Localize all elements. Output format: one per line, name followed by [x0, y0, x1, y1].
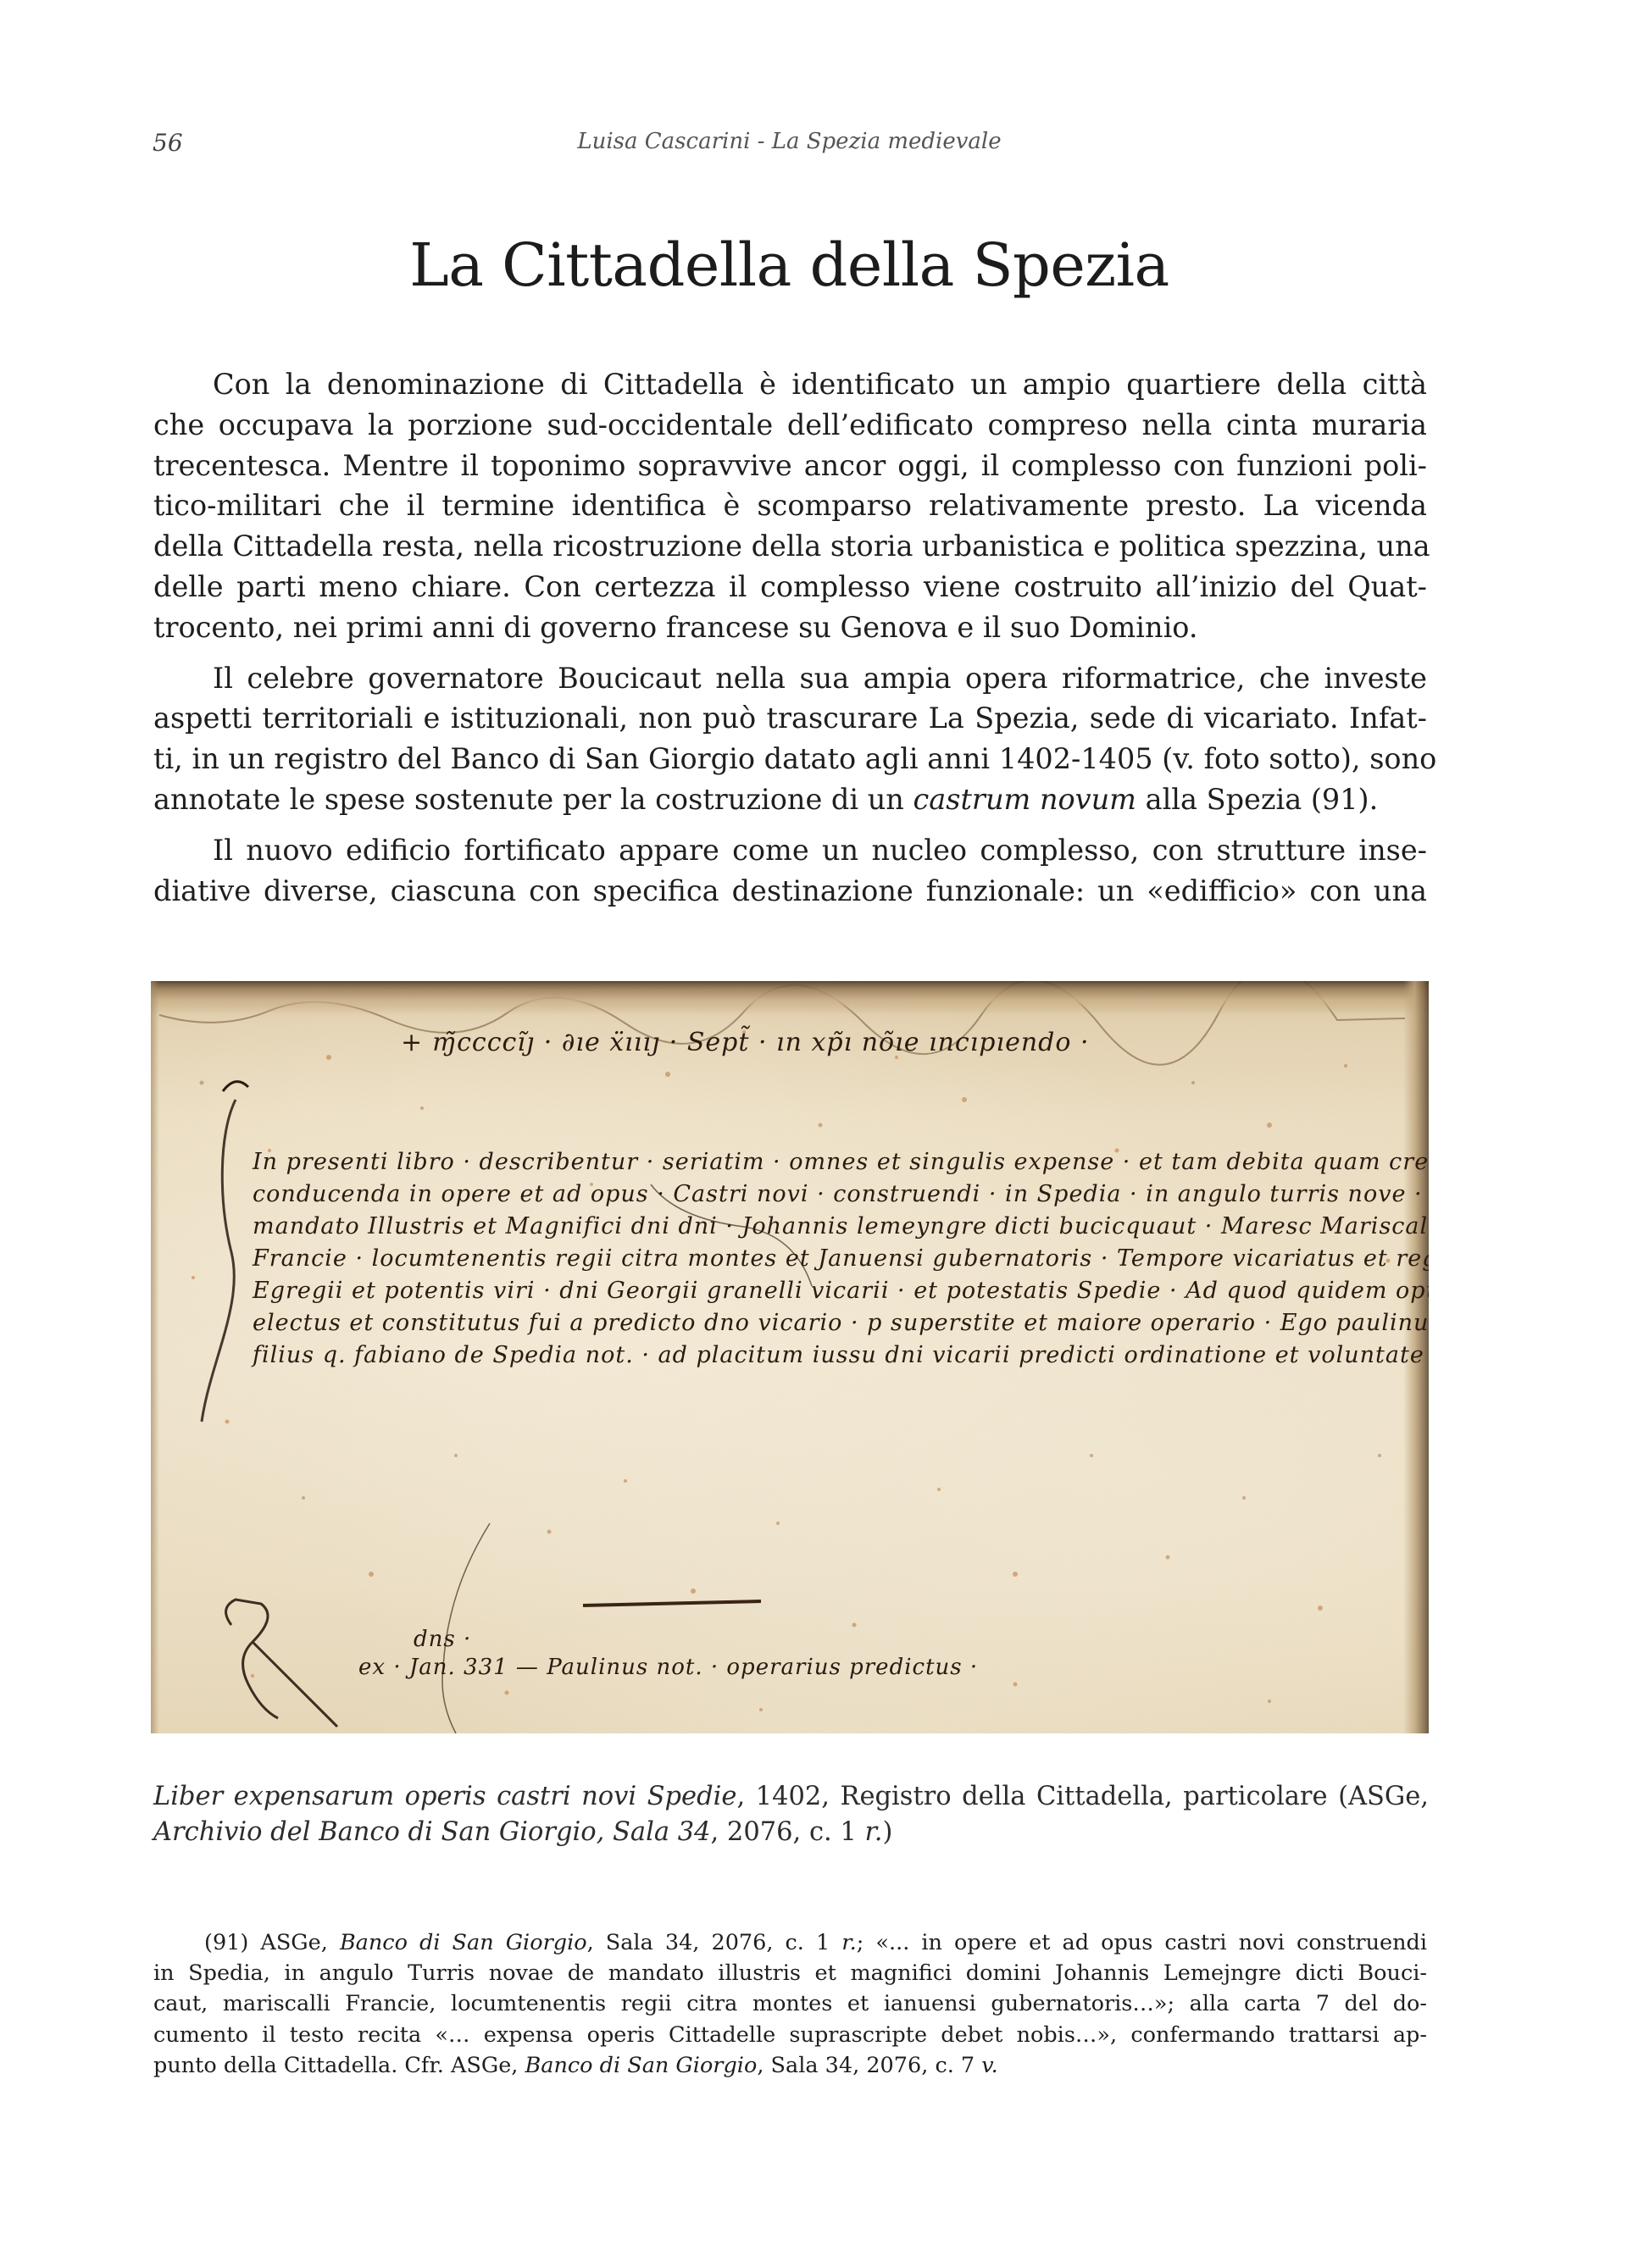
footnote-italic: r.	[841, 1930, 857, 1955]
text-line: Il celebre governatore Boucicaut nella s…	[153, 658, 1427, 699]
chapter-title: La Cittadella della Spezia	[153, 227, 1425, 303]
text-line: diative diverse, ciascuna con specifica …	[153, 871, 1427, 912]
caption-italic-source: Archivio del Banco di San Giorgio, Sala …	[153, 1817, 711, 1847]
footnote-line: caut, mariscalli Francie, locumtenentis …	[153, 1988, 1427, 2019]
caption-italic-title: Liber expensarum operis castri novi Sped…	[153, 1782, 736, 1811]
text-line: tico-militari che il termine identifica …	[153, 485, 1427, 526]
footnote-italic: Banco di San Giorgio	[340, 1930, 587, 1955]
manuscript-heading-line: + ɱ̃ccccı̃ȷ · ∂ıe ẍıııȷ · Sept̃ · ın xp̃…	[401, 1028, 1090, 1057]
text-line: trecentesca. Mentre il toponimo sopravvi…	[153, 446, 1427, 486]
caption-text: )	[882, 1817, 892, 1847]
footnote-line: in Spedia, in angulo Turris novae de man…	[153, 1958, 1427, 1988]
text-line: ti, in un registro del Banco di San Gior…	[153, 739, 1427, 779]
footnote-text: , Sala 34, 2076, c. 7	[757, 2053, 981, 2078]
manuscript-line: Egregii et potentis viri · dni Georgii g…	[253, 1278, 1429, 1304]
caption-line: Archivio del Banco di San Giorgio, Sala …	[153, 1815, 1429, 1850]
footnote-text: , Sala 34, 2076, c. 1	[587, 1930, 842, 1955]
caption-text: , 2076, c. 1	[711, 1817, 865, 1847]
paragraph-1: Con la denominazione di Cittadella è ide…	[153, 364, 1427, 648]
manuscript-line: filius q. fabiano de Spedia not. · ad pl…	[253, 1342, 1429, 1368]
manuscript-line: Francie · locumtenentis regii citra mont…	[253, 1245, 1429, 1272]
footnote-italic: v.	[981, 2053, 998, 2078]
manuscript-line: mandato Illustris et Magnifici dni dni ·…	[253, 1213, 1429, 1239]
running-head: Luisa Cascarini - La Spezia medievale	[0, 129, 1579, 154]
footnote-line: punto della Cittadella. Cfr. ASGe, Banco…	[153, 2050, 1427, 2081]
text-line: trocento, nei primi anni di governo fran…	[153, 607, 1427, 648]
text-line: che occupava la porzione sud-occidentale…	[153, 405, 1427, 446]
figure-caption: Liber expensarum operis castri novi Sped…	[153, 1779, 1429, 1850]
text-line: delle parti meno chiare. Con certezza il…	[153, 567, 1427, 607]
text-fragment: annotate le spese sostenute per la costr…	[153, 783, 913, 816]
footnote-text: ASGe,	[248, 1930, 340, 1955]
caption-line: Liber expensarum operis castri novi Sped…	[153, 1779, 1429, 1815]
manuscript-photo: + ɱ̃ccccı̃ȷ · ∂ıe ẍıııȷ · Sept̃ · ın xp̃…	[151, 981, 1429, 1733]
footnote-italic: Banco di San Giorgio	[525, 2053, 758, 2078]
footnote-91: (91) ASGe, Banco di San Giorgio, Sala 34…	[153, 1927, 1427, 2081]
footnote-text: ; «... in opere et ad opus castri novi c…	[857, 1930, 1427, 1955]
manuscript-signature-line: dns ·	[414, 1627, 589, 1652]
italic-term: castrum novum	[913, 783, 1136, 816]
body-text: Con la denominazione di Cittadella è ide…	[153, 364, 1427, 921]
text-fragment: alla Spezia (91).	[1136, 783, 1378, 816]
text-line: Con la denominazione di Cittadella è ide…	[153, 364, 1427, 405]
footnote-text: punto della Cittadella. Cfr. ASGe,	[153, 2053, 525, 2078]
manuscript-line: In presenti libro · describentur · seria…	[253, 1149, 1429, 1175]
parchment-left-edge	[151, 981, 159, 1733]
text-line: della Cittadella resta, nella ricostruzi…	[153, 526, 1427, 567]
caption-text: , 1402, Registro della Cittadella, parti…	[736, 1782, 1429, 1811]
text-line: annotate le spese sostenute per la costr…	[153, 779, 1427, 820]
text-line: Il nuovo edificio fortificato appare com…	[153, 830, 1427, 871]
footnote-number: (91)	[204, 1930, 248, 1955]
footnote-line: (91) ASGe, Banco di San Giorgio, Sala 34…	[153, 1927, 1427, 1958]
text-line: aspetti territoriali e istituzionali, no…	[153, 698, 1427, 739]
manuscript-signature-line: ex · Jan. 331 — Paulinus not. · operariu…	[358, 1655, 978, 1680]
footnote-line: cumento il testo recita «… expensa operi…	[153, 2020, 1427, 2050]
caption-italic-folio: r.	[865, 1817, 883, 1847]
paragraph-3: Il nuovo edificio fortificato appare com…	[153, 830, 1427, 912]
paragraph-2: Il celebre governatore Boucicaut nella s…	[153, 658, 1427, 820]
parchment-top-edge	[151, 981, 1429, 1015]
manuscript-line: conducenda in opere et ad opus · Castri …	[253, 1181, 1429, 1207]
manuscript-line: electus et constitutus fui a predicto dn…	[253, 1310, 1429, 1336]
